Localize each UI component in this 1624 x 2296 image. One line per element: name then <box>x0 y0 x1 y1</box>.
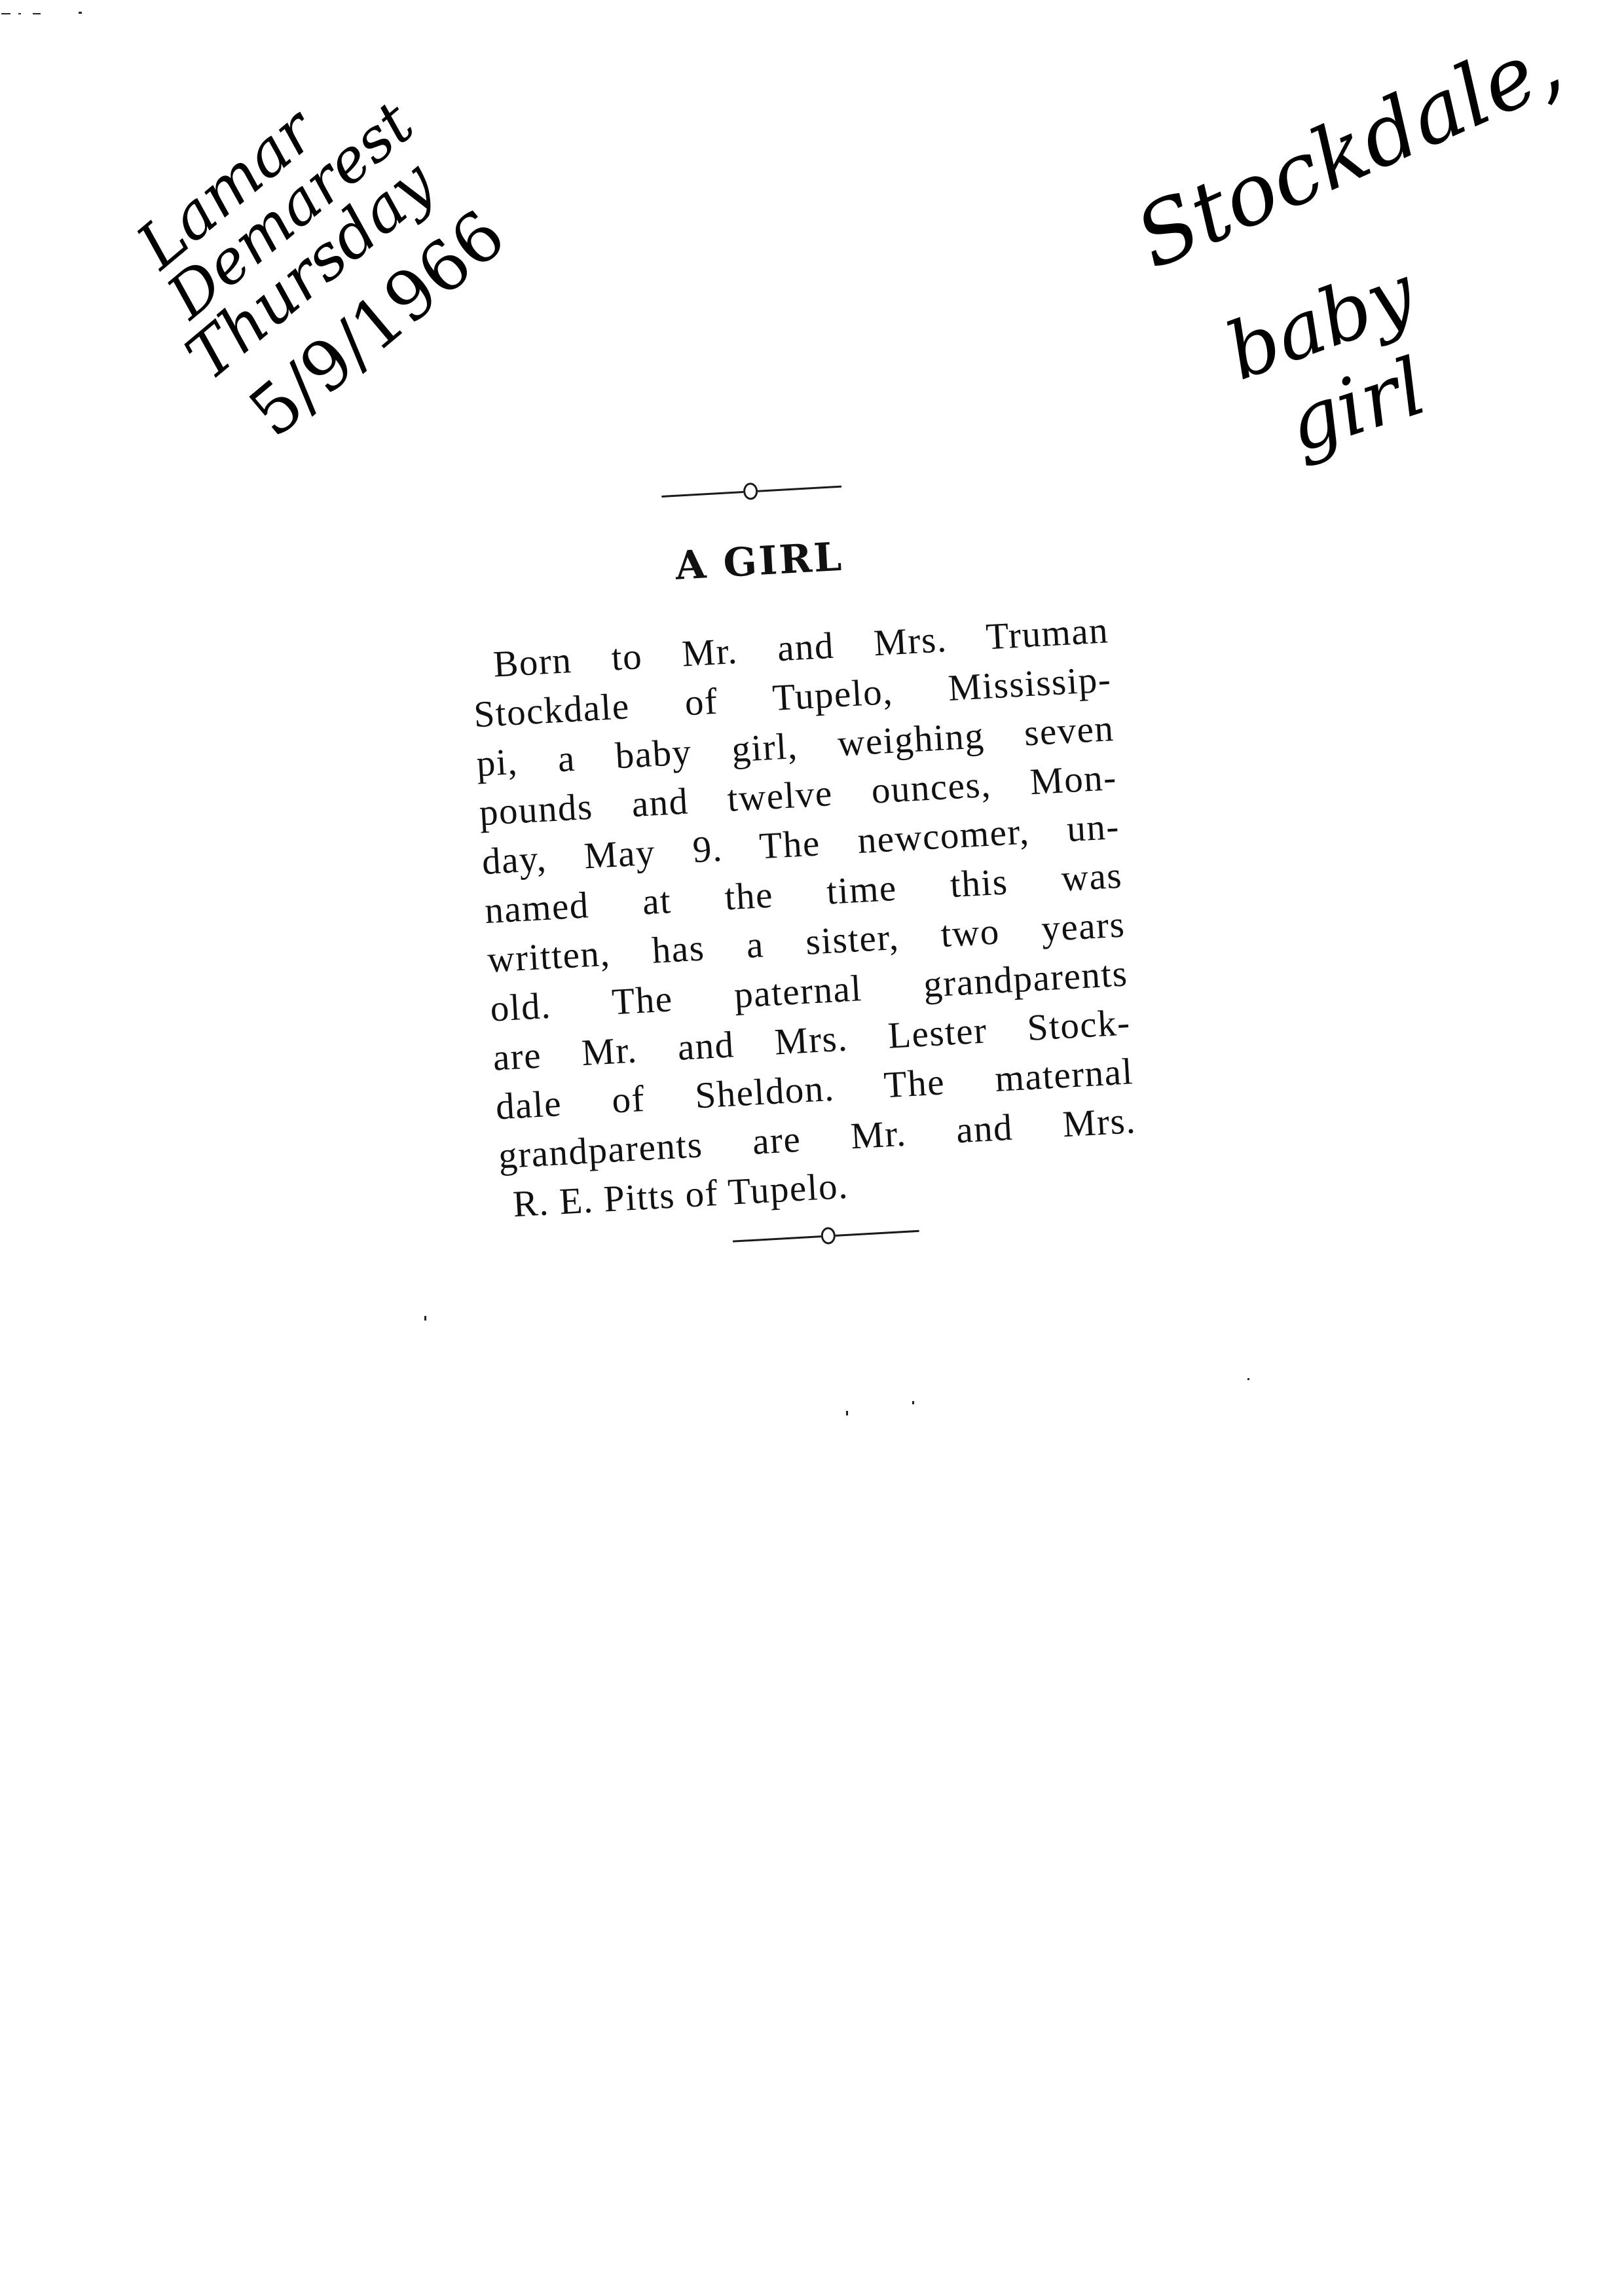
divider-rule-right <box>836 1230 919 1237</box>
top-divider <box>661 477 842 506</box>
scan-speck <box>912 1401 914 1404</box>
divider-rule-left <box>733 1235 821 1243</box>
divider-rule-right <box>758 486 841 492</box>
article-headline: A GIRL <box>674 519 1105 589</box>
scan-speck <box>1247 1378 1249 1380</box>
scan-speck <box>846 1411 848 1415</box>
bottom-divider <box>732 1221 919 1251</box>
handwritten-surname: Stockdale, <box>1124 20 1573 282</box>
scanned-page: Lamar Demarest Thursday 5/9/1966 Stockda… <box>0 0 1624 2296</box>
scan-speck <box>424 1316 426 1321</box>
article-body: Born to Mr. and Mrs. Truman Stockdale of… <box>470 606 1140 1230</box>
newspaper-clipping: A GIRL Born to Mr. and Mrs. Truman Stock… <box>462 462 1142 1264</box>
scan-speck <box>18 13 21 14</box>
scan-speck <box>33 13 41 14</box>
scan-speck <box>1 13 10 14</box>
divider-ring-icon <box>821 1227 836 1245</box>
divider-ring-icon <box>743 483 758 500</box>
divider-rule-left <box>661 491 743 498</box>
scan-speck <box>79 12 82 14</box>
